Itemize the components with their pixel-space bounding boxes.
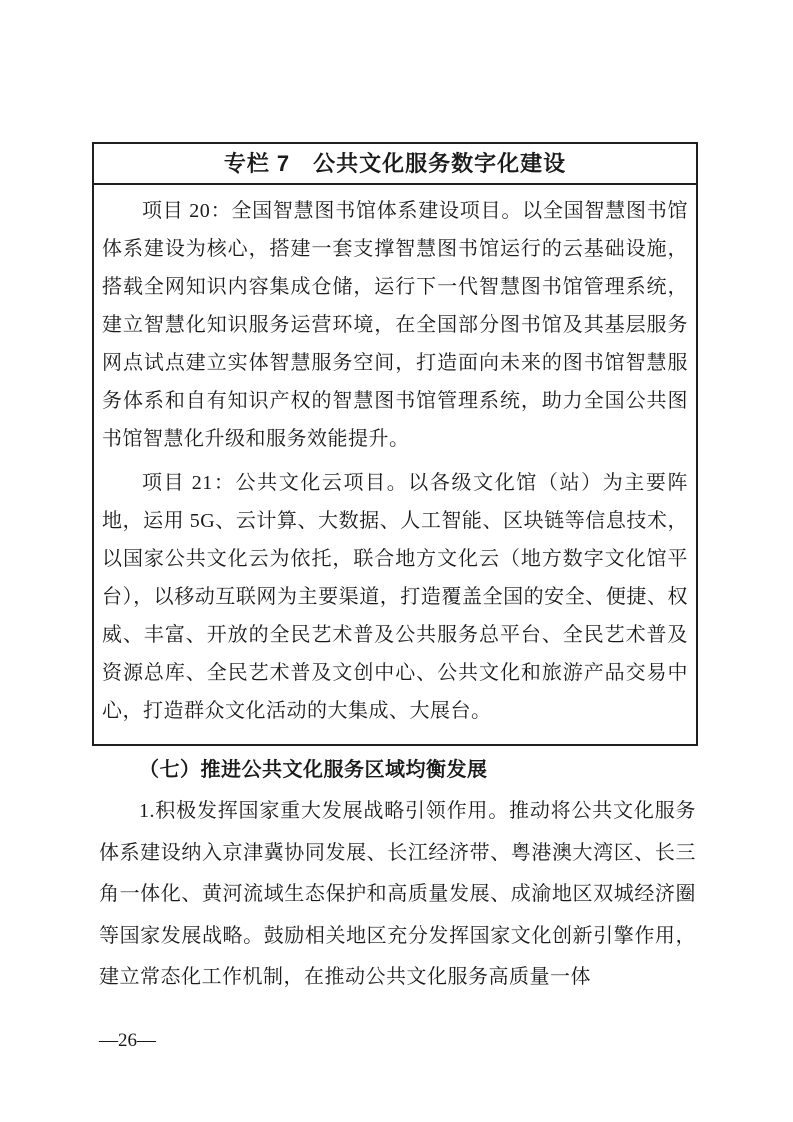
section-heading: （七）推进公共文化服务区域均衡发展 — [99, 750, 696, 791]
panel-paragraph-project-20: 项目 20：全国智慧图书馆体系建设项目。以全国智慧图书馆体系建设为核心，搭建一套… — [102, 192, 688, 458]
body-paragraph-lead: 1.积极发挥国家重大发展战略引领作用。 — [139, 800, 509, 822]
panel-body: 项目 20：全国智慧图书馆体系建设项目。以全国智慧图书馆体系建设为核心，搭建一套… — [94, 185, 696, 744]
panel-paragraph-project-21: 项目 21：公共文化云项目。以各级文化馆（站）为主要阵地，运用 5G、云计算、大… — [102, 464, 688, 730]
column-panel: 专栏 7 公共文化服务数字化建设 项目 20：全国智慧图书馆体系建设项目。以全国… — [92, 142, 698, 746]
body-paragraph-text: 推动将公共文化服务体系建设纳入京津冀协同发展、长江经济带、粤港澳大湾区、长三角一… — [99, 800, 696, 988]
panel-title: 专栏 7 公共文化服务数字化建设 — [94, 144, 696, 185]
body-paragraph: 1.积极发挥国家重大发展战略引领作用。推动将公共文化服务体系建设纳入京津冀协同发… — [99, 791, 696, 999]
body-section: （七）推进公共文化服务区域均衡发展 1.积极发挥国家重大发展战略引领作用。推动将… — [99, 750, 696, 999]
document-page: 专栏 7 公共文化服务数字化建设 项目 20：全国智慧图书馆体系建设项目。以全国… — [0, 0, 793, 1122]
page-number: —26— — [99, 1030, 156, 1052]
